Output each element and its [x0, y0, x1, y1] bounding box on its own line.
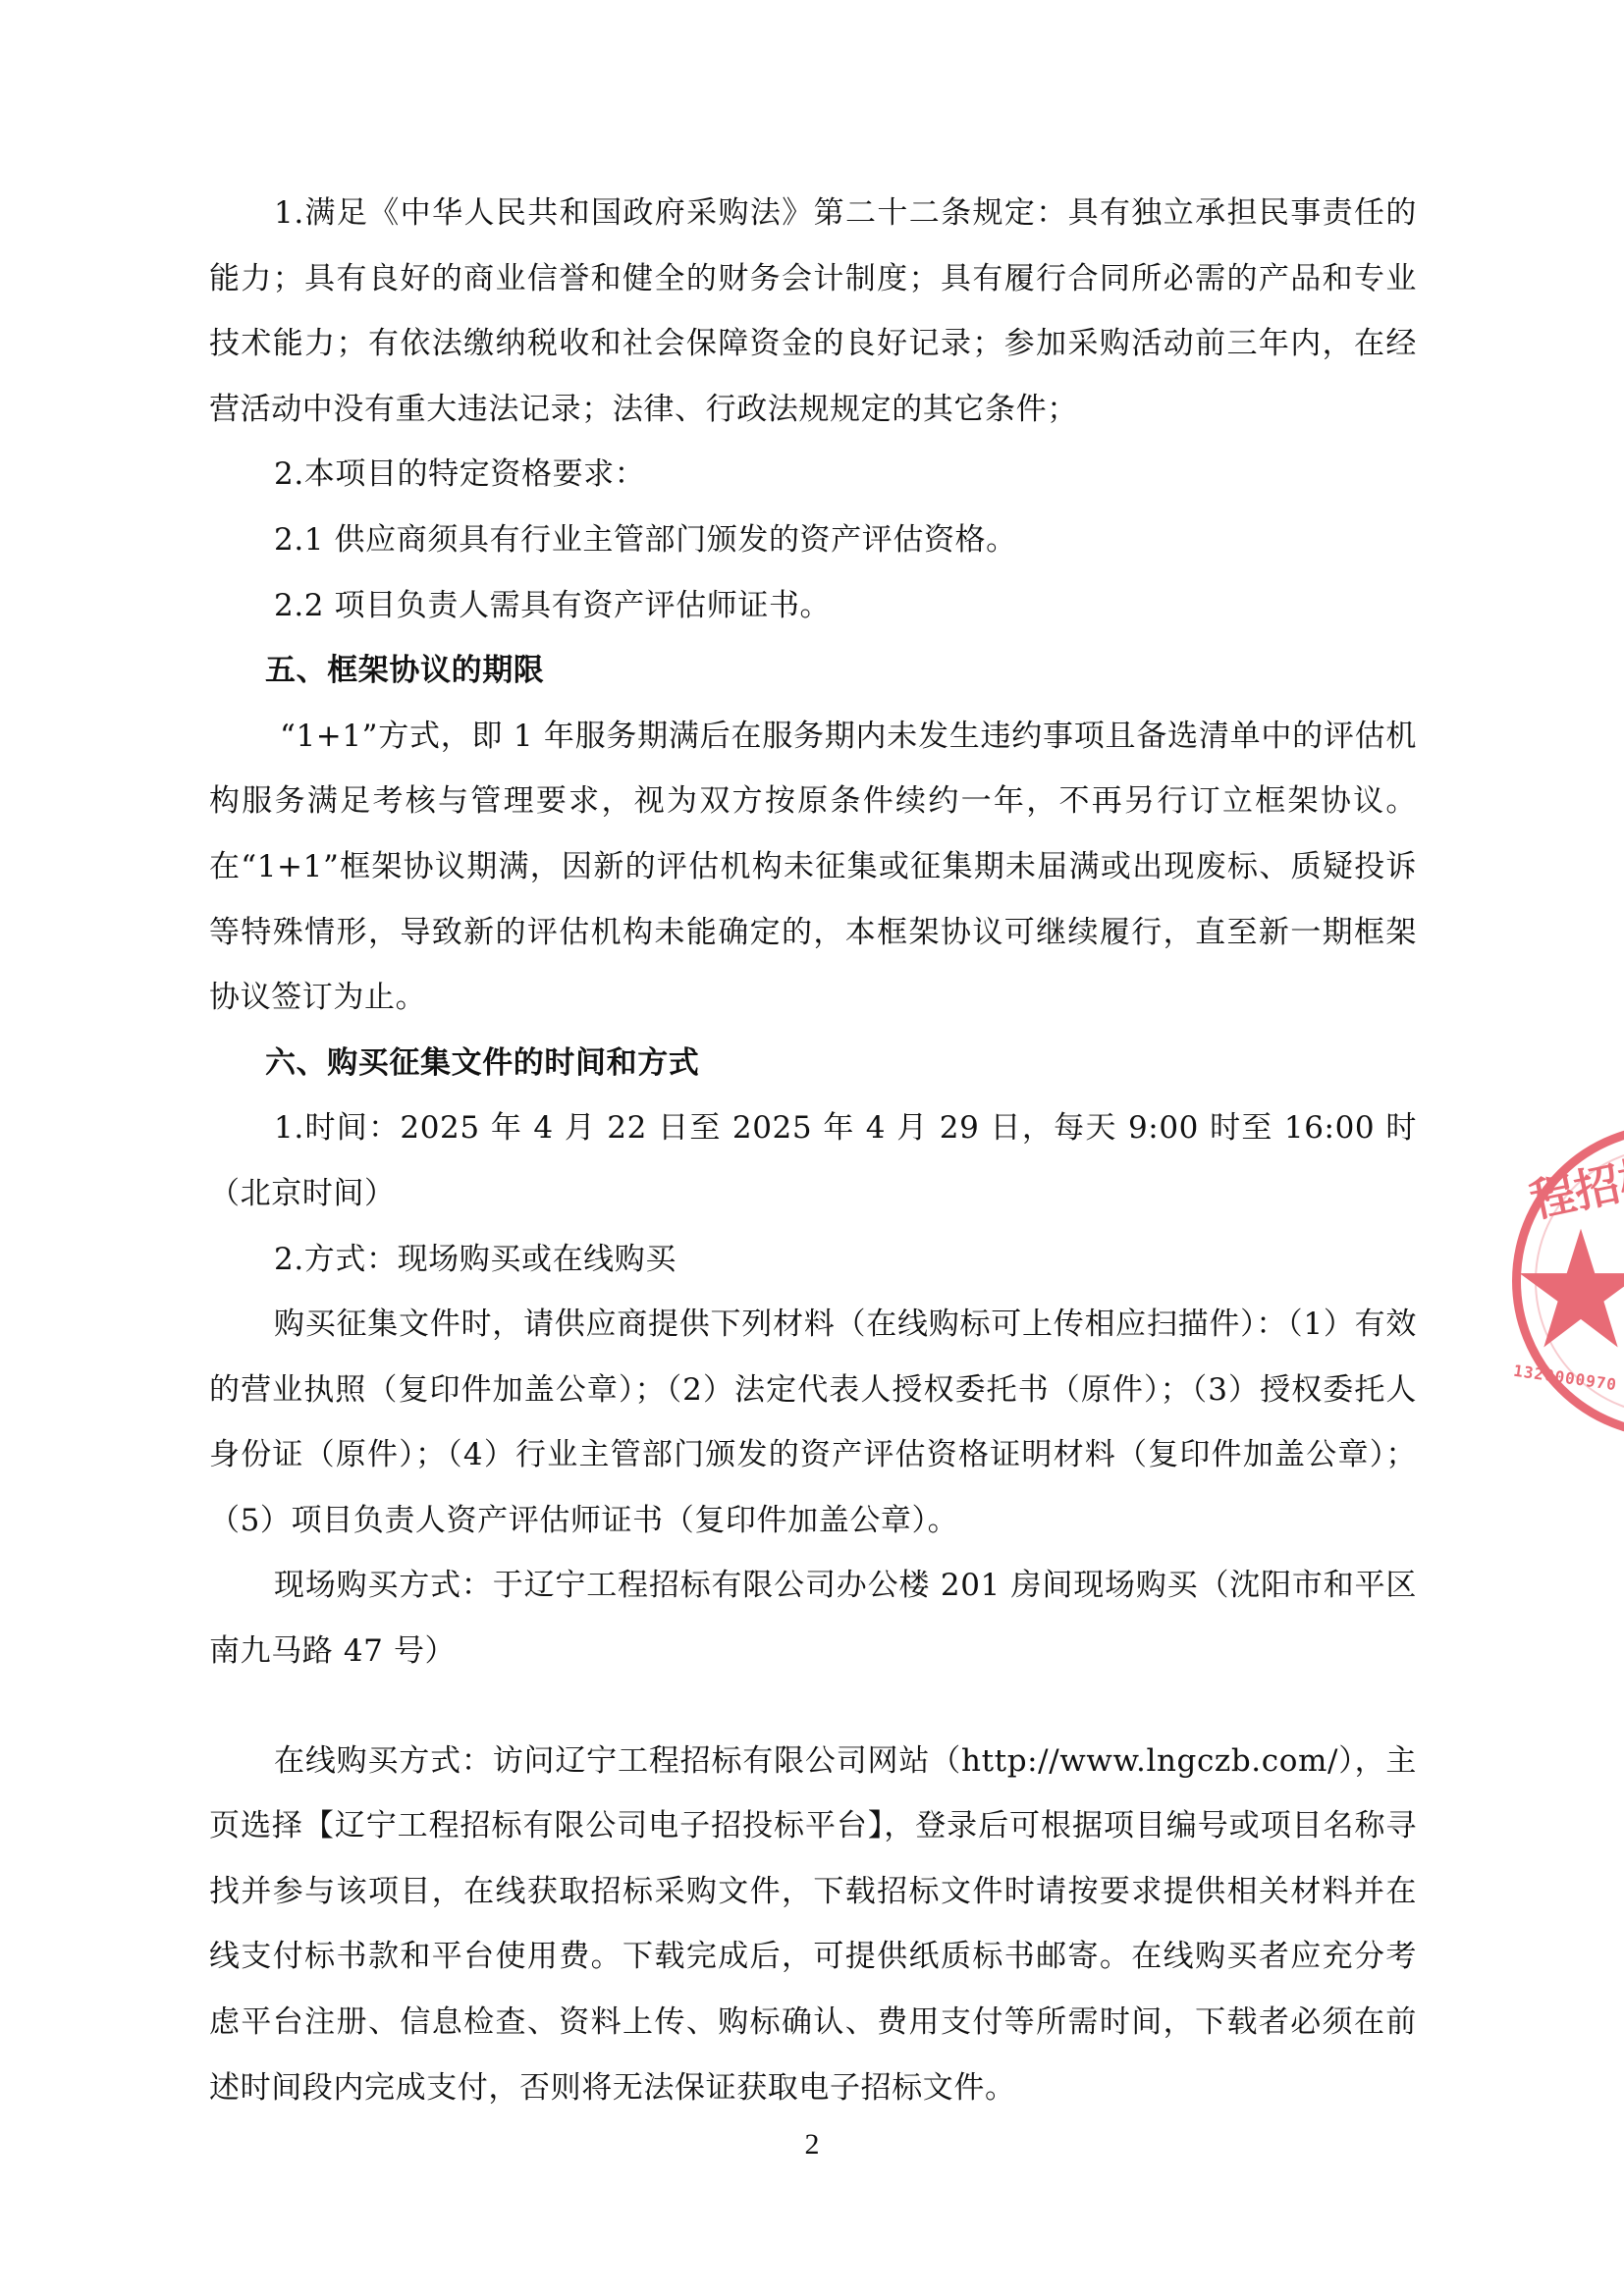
star-icon	[1517, 1226, 1624, 1354]
paragraph-online-purchase: 在线购买方式：访问辽宁工程招标有限公司网站（http://www.lngczb.…	[209, 1729, 1417, 2121]
paragraph-specific-requirements: 2.本项目的特定资格要求：	[209, 442, 1417, 507]
paragraph-purchase-time: 1.时间：2025 年 4 月 22 日至 2025 年 4 月 29 日，每天…	[209, 1095, 1417, 1226]
paragraph-qualification-general: 1.满足《中华人民共和国政府采购法》第二十二条规定：具有独立承担民事责任的能力；…	[209, 181, 1417, 442]
paragraph-onsite-purchase: 现场购买方式：于辽宁工程招标有限公司办公楼 201 房间现场购买（沈阳市和平区南…	[209, 1553, 1417, 1683]
seal-text-main: 招标	[1570, 1148, 1624, 1218]
paragraph-requirement-2-2: 2.2 项目负责人需具有资产评估师证书。	[209, 573, 1417, 639]
document-body: 1.满足《中华人民共和国政府采购法》第二十二条规定：具有独立承担民事责任的能力；…	[209, 181, 1417, 2120]
section-heading-6: 六、购买征集文件的时间和方式	[209, 1031, 1417, 1096]
section-heading-5: 五、框架协议的期限	[209, 638, 1417, 704]
paragraph-requirement-2-1: 2.1 供应商须具有行业主管部门颁发的资产评估资格。	[209, 507, 1417, 573]
document-page: 1.满足《中华人民共和国政府采购法》第二十二条规定：具有独立承担民事责任的能力；…	[0, 0, 1624, 2296]
page-number: 2	[0, 2128, 1624, 2162]
official-seal-stamp: 程招标 1320000970	[1512, 1124, 1624, 1438]
paragraph-required-materials: 购买征集文件时，请供应商提供下列材料（在线购标可上传相应扫描件）：（1）有效的营…	[209, 1292, 1417, 1553]
paragraph-agreement-term: “1+1”方式，即 1 年服务期满后在服务期内未发生违约事项且备选清单中的评估机…	[209, 704, 1417, 1031]
paragraph-purchase-method: 2.方式：现场购买或在线购买	[209, 1227, 1417, 1293]
blank-line	[209, 1684, 1417, 1729]
